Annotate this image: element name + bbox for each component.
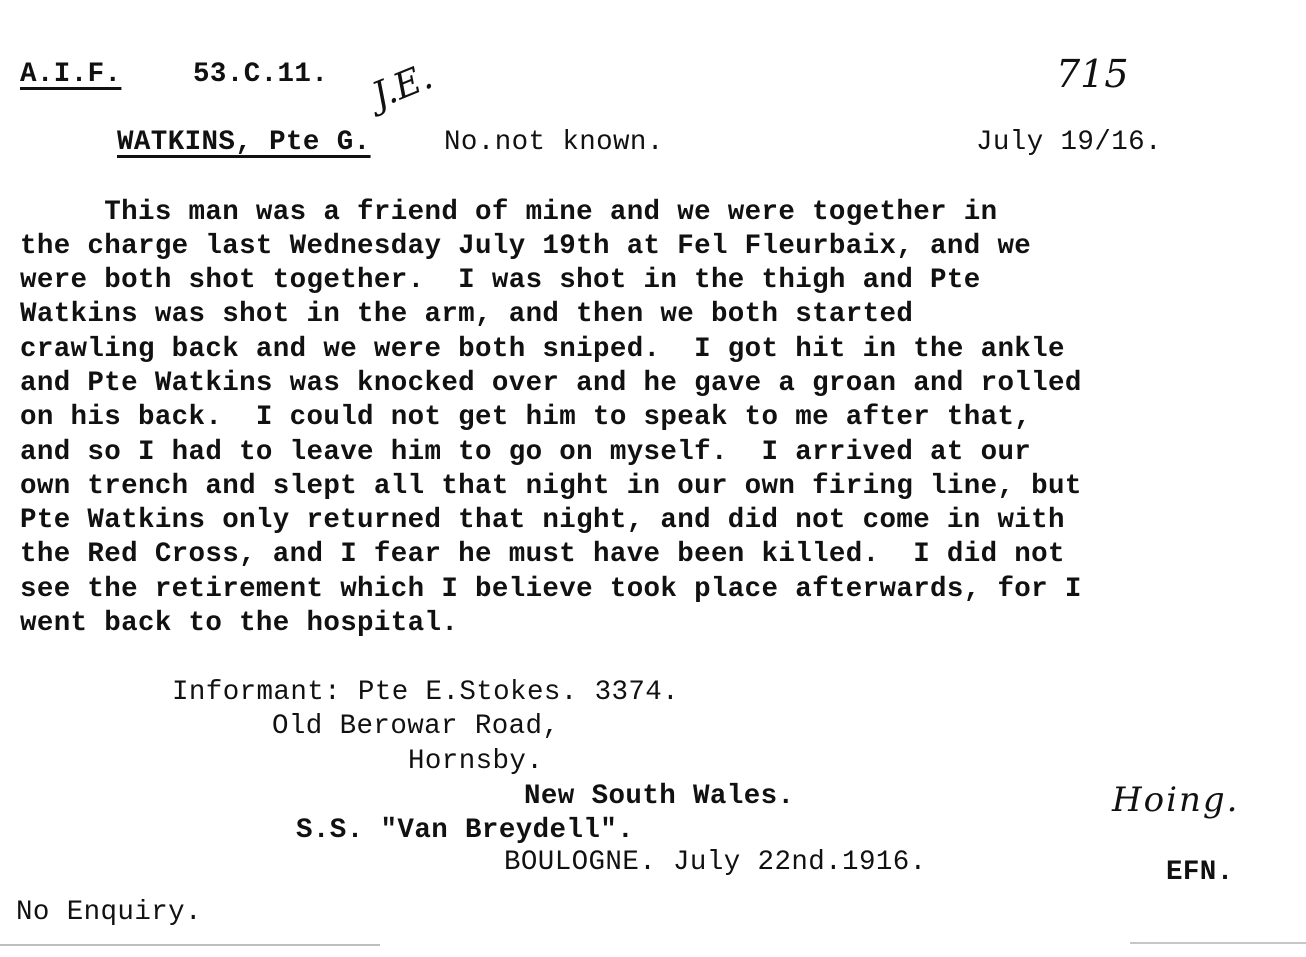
informant-name: Informant: Pte E.Stokes. 3374. — [172, 676, 679, 710]
handwritten-signature: Hoing. — [1112, 780, 1239, 820]
scan-edge-noise — [1130, 942, 1306, 944]
soldier-name: WATKINS, Pte G. — [117, 126, 371, 160]
statement-line: on his back. I could not get him to spea… — [20, 401, 1031, 435]
service-number: No.not known. — [444, 126, 664, 160]
informant-address-state: New South Wales. — [524, 780, 794, 814]
statement-line: crawling back and we were both sniped. I… — [20, 333, 1065, 367]
statement-line: the charge last Wednesday July 19th at F… — [20, 230, 1031, 264]
handwritten-folio-number: 715 — [1056, 52, 1129, 96]
place-and-date: BOULOGNE. July 22nd.1916. — [504, 846, 927, 880]
statement-line: the Red Cross, and I fear he must have b… — [20, 538, 1065, 572]
ship-name: S.S. "Van Breydell". — [296, 814, 634, 848]
statement-line: see the retirement which I believe took … — [20, 573, 1082, 607]
informant-address-suburb: Hornsby. — [408, 745, 543, 779]
enquiry-note: No Enquiry. — [16, 896, 202, 930]
clerk-initials: EFN. — [1166, 856, 1234, 890]
scan-edge-noise — [0, 944, 380, 946]
statement-line: were both shot together. I was shot in t… — [20, 264, 981, 298]
report-date: July 19/16. — [976, 126, 1162, 160]
statement-line: own trench and slept all that night in o… — [20, 470, 1082, 504]
unit-label: A.I.F. — [20, 58, 121, 92]
unit-code: 53.C.11. — [193, 58, 328, 92]
statement-line: and so I had to leave him to go on mysel… — [20, 436, 1031, 470]
statement-line: This man was a friend of mine and we wer… — [20, 196, 997, 230]
statement-line: and Pte Watkins was knocked over and he … — [20, 367, 1082, 401]
handwritten-initials: J.E. — [367, 56, 439, 117]
statement-line: went back to the hospital. — [20, 607, 458, 641]
statement-line: Pte Watkins only returned that night, an… — [20, 504, 1065, 538]
statement-line: Watkins was shot in the arm, and then we… — [20, 298, 913, 332]
informant-address-street: Old Berowar Road, — [272, 710, 559, 744]
